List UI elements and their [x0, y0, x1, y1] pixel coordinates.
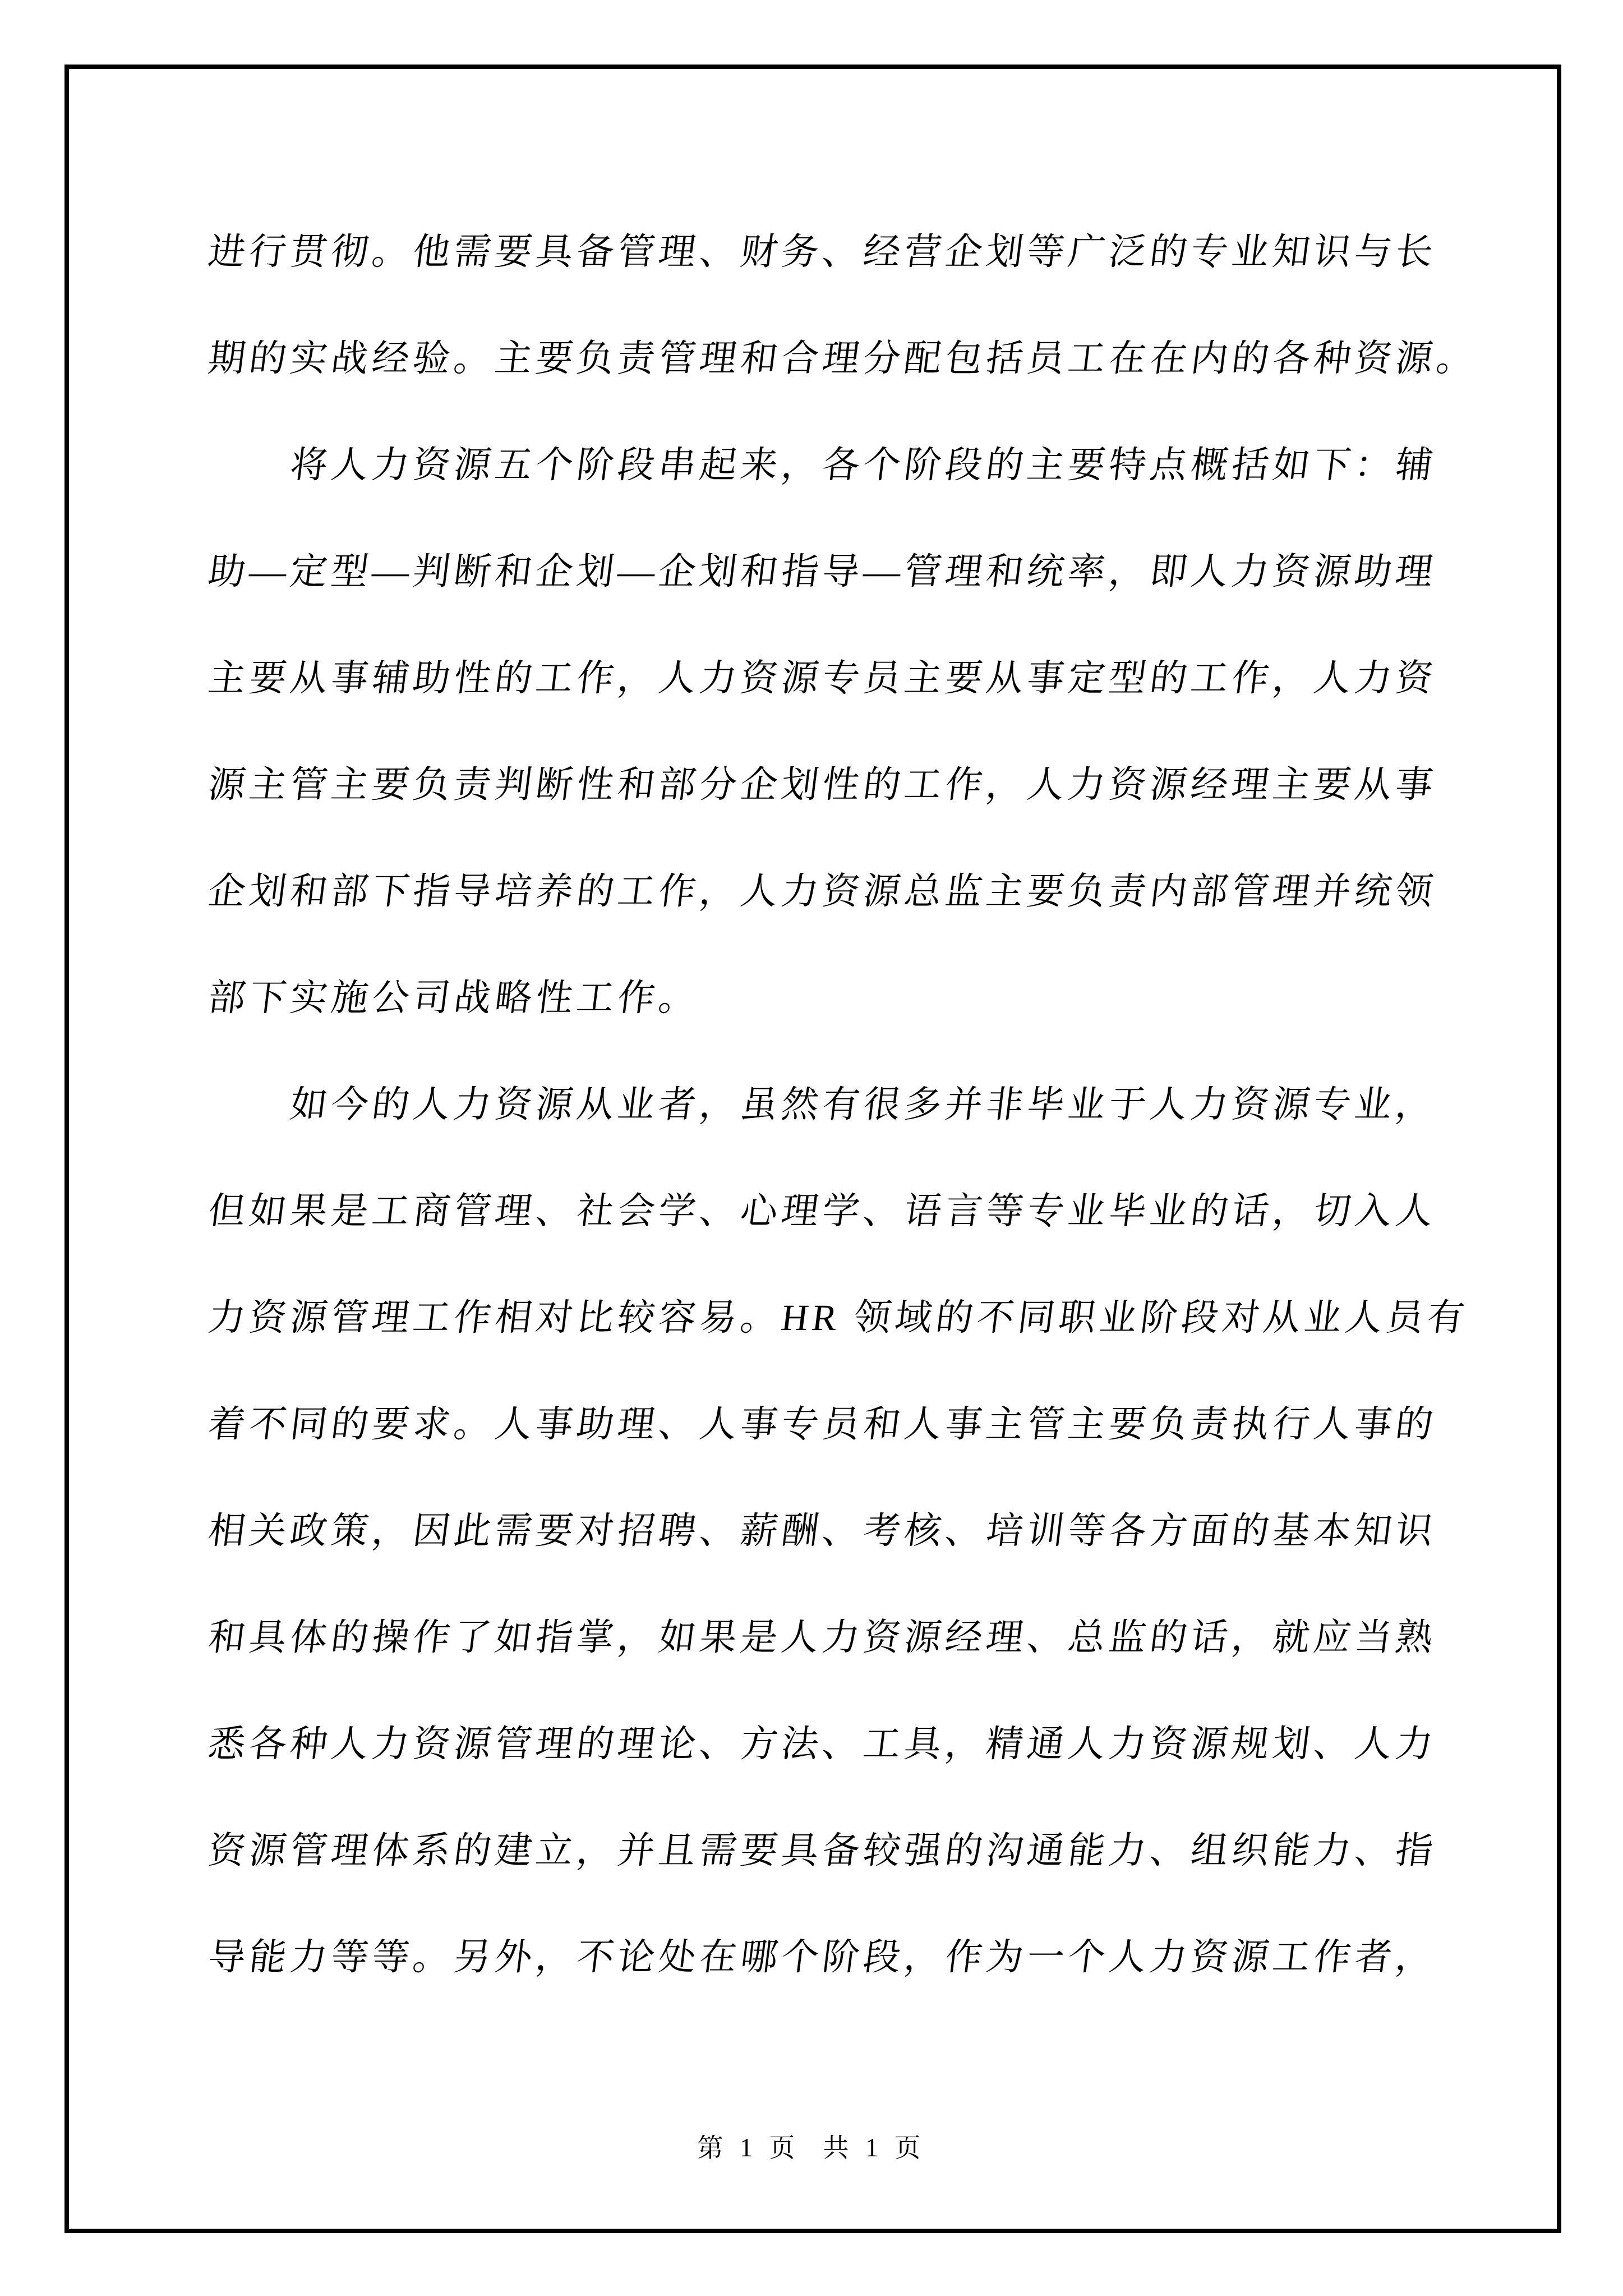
text-line: 将人力资源五个阶段串起来，各个阶段的主要特点概括如下：辅 [202, 412, 1454, 519]
document-body: 进行贯彻。他需要具备管理、财务、经营企划等广泛的专业知识与长 期的实战经验。主要… [202, 199, 1441, 2011]
text-line: 导能力等等。另外，不论处在哪个阶段，作为一个人力资源工作者， [202, 1904, 1454, 2011]
text-line: 但如果是工商管理、社会学、心理学、语言等专业毕业的话，切入人 [202, 1158, 1454, 1265]
text-line: 助—定型—判断和企划—企划和指导—管理和统率，即人力资源助理 [202, 519, 1454, 625]
text-line: 相关政策，因此需要对招聘、薪酬、考核、培训等各方面的基本知识 [202, 1478, 1454, 1585]
text-line: 进行贯彻。他需要具备管理、财务、经营企划等广泛的专业知识与长 [202, 199, 1454, 306]
text-line: 部下实施公司战略性工作。 [202, 945, 1454, 1052]
text-line: 期的实战经验。主要负责管理和合理分配包括员工在在内的各种资源。 [202, 306, 1454, 412]
text-line: 源主管主要负责判断性和部分企划性的工作，人力资源经理主要从事 [202, 732, 1454, 839]
text-line: 悉各种人力资源管理的理论、方法、工具，精通人力资源规划、人力 [202, 1691, 1454, 1798]
text-line: 和具体的操作了如指掌，如果是人力资源经理、总监的话，就应当熟 [202, 1585, 1454, 1691]
text-line: 资源管理体系的建立，并且需要具备较强的沟通能力、组织能力、指 [202, 1798, 1454, 1904]
text-line: 企划和部下指导培养的工作，人力资源总监主要负责内部管理并统领 [202, 839, 1454, 945]
document-page: 进行贯彻。他需要具备管理、财务、经营企划等广泛的专业知识与长 期的实战经验。主要… [0, 0, 1623, 2296]
text-line: 着不同的要求。人事助理、人事专员和人事主管主要负责执行人事的 [202, 1372, 1454, 1478]
text-line: 如今的人力资源从业者，虽然有很多并非毕业于人力资源专业， [202, 1052, 1454, 1158]
page-footer: 第 1 页 共 1 页 [0, 2127, 1623, 2164]
text-line: 力资源管理工作相对比较容易。HR 领域的不同职业阶段对从业人员有 [202, 1265, 1454, 1372]
text-line: 主要从事辅助性的工作，人力资源专员主要从事定型的工作，人力资 [202, 625, 1454, 732]
